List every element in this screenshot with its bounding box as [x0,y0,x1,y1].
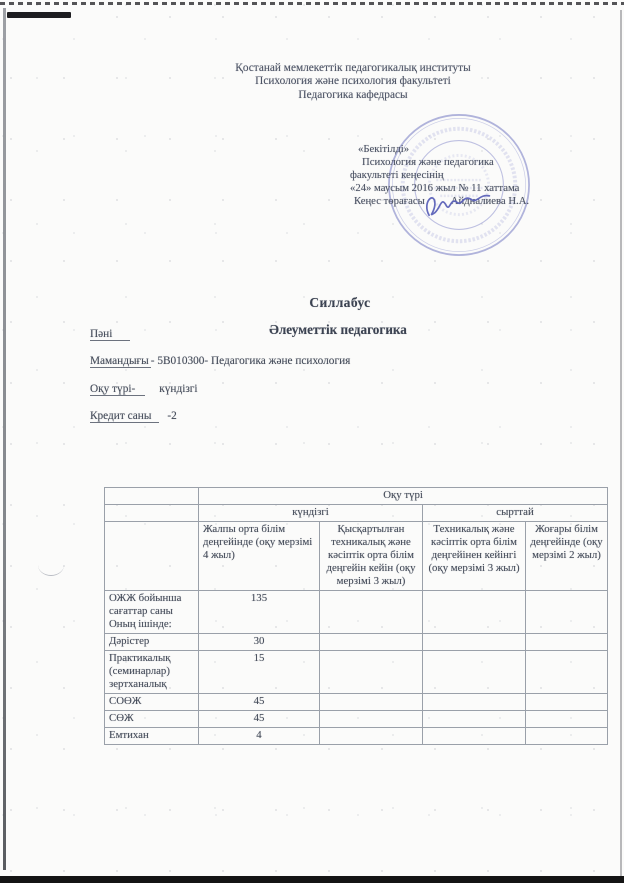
document-title: Силлабус [90,295,590,311]
value-cell [526,591,608,634]
study-hours-table: Оқу түрі күндізгі сырттай Жалпы орта біл… [104,487,608,745]
col-header-higher-education: Жоғары білім деңгейінде (оқу мерзімі 2 ж… [526,522,608,591]
col-header-technical-vocational: Техникалық және кәсіптік орта білім деңг… [423,522,526,591]
credits-label: Кредит саны [90,410,159,423]
col-header-shortened-technical: Қысқартылған техникалық және кәсіптік ор… [320,522,423,591]
value-cell [320,728,423,745]
value-cell: 15 [199,651,320,694]
row-label-cell: Практикалық (семинарлар) зертханалық [105,651,199,694]
table-row: Емтихан 4 [105,728,608,745]
approval-faculty-line1: Психология және педагогика [362,156,590,169]
subject-field: Пәні [90,328,130,341]
group-header-fulltime: күндізгі [199,505,423,522]
speciality-field: Мамандығы- 5В010300- Педагогика және пси… [90,355,350,368]
row-label-cell: Емтихан [105,728,199,745]
study-form-label: Оқу түрі- [90,383,145,396]
value-cell [320,651,423,694]
value-cell: 45 [199,694,320,711]
value-cell [320,634,423,651]
study-form-field: Оқу түрі-күндізгі [90,383,198,396]
value-cell [423,651,526,694]
value-cell [526,728,608,745]
scan-artifact-pencil-mark [38,565,64,576]
col-header-general-secondary: Жалпы орта білім деңгейінде (оқу мерзімі… [199,522,320,591]
value-cell [526,634,608,651]
scan-artifact-top-edge [0,2,624,5]
value-cell: 4 [199,728,320,745]
department-name: Педагогика кафедрасы [83,89,623,102]
scanned-syllabus-page: Қостанай мемлекеттік педагогикалық инсти… [0,0,624,883]
credits-field: Кредит саны-2 [90,410,177,423]
study-form-value: күндізгі [159,383,197,395]
table-row: СӨЖ 45 [105,711,608,728]
table-corner-cell [105,505,199,522]
value-cell: 30 [199,634,320,651]
subject-label: Пәні [90,328,130,341]
table-column-header-row: Жалпы орта білім деңгейінде (оқу мерзімі… [105,522,608,591]
value-cell [423,694,526,711]
value-cell [526,694,608,711]
table-row: Дәрістер 30 [105,634,608,651]
approval-title: «Бекітілді» [358,143,590,156]
value-cell [423,711,526,728]
value-cell [320,711,423,728]
table-row: Практикалық (семинарлар) зертханалық 15 [105,651,608,694]
approval-faculty-line2: факультеті кеңесінің [350,169,590,182]
speciality-value: - 5В010300- Педагогика және психология [151,355,351,367]
faculty-name: Психология және психология факультеті [83,75,623,88]
row-label-cell: СОӨЖ [105,694,199,711]
chairman-label: Кеңес төрағасы [354,195,425,207]
speciality-label: Мамандығы [90,355,151,368]
value-cell [526,651,608,694]
scan-artifact-left-edge [3,8,6,870]
scan-artifact-right-edge [620,10,622,876]
scan-artifact-bottom-edge [0,876,624,883]
value-cell [423,591,526,634]
table-corner-cell [105,488,199,505]
row-label-cell: ОЖЖ бойынша сағаттар саны Оның ішінде: [105,591,199,634]
table-row: ОЖЖ бойынша сағаттар саны Оның ішінде: 1… [105,591,608,634]
credits-value: -2 [167,410,176,422]
table-top-header-row: Оқу түрі [105,488,608,505]
study-type-header: Оқу түрі [199,488,608,505]
value-cell [423,728,526,745]
value-cell [320,694,423,711]
subject-value: Әлеуметтік педагогика [240,322,436,338]
row-label-cell: Дәрістер [105,634,199,651]
value-cell [423,634,526,651]
row-label-cell: СӨЖ [105,711,199,728]
table-group-header-row: күндізгі сырттай [105,505,608,522]
value-cell [526,711,608,728]
value-cell: 45 [199,711,320,728]
table-row: СОӨЖ 45 [105,694,608,711]
group-header-parttime: сырттай [423,505,608,522]
table-corner-cell [105,522,199,591]
value-cell: 135 [199,591,320,634]
institute-header: Қостанай мемлекеттік педагогикалық инсти… [83,62,623,102]
institute-name: Қостанай мемлекеттік педагогикалық инсти… [83,62,623,75]
scan-artifact-corner-mark [7,12,71,18]
value-cell [320,591,423,634]
